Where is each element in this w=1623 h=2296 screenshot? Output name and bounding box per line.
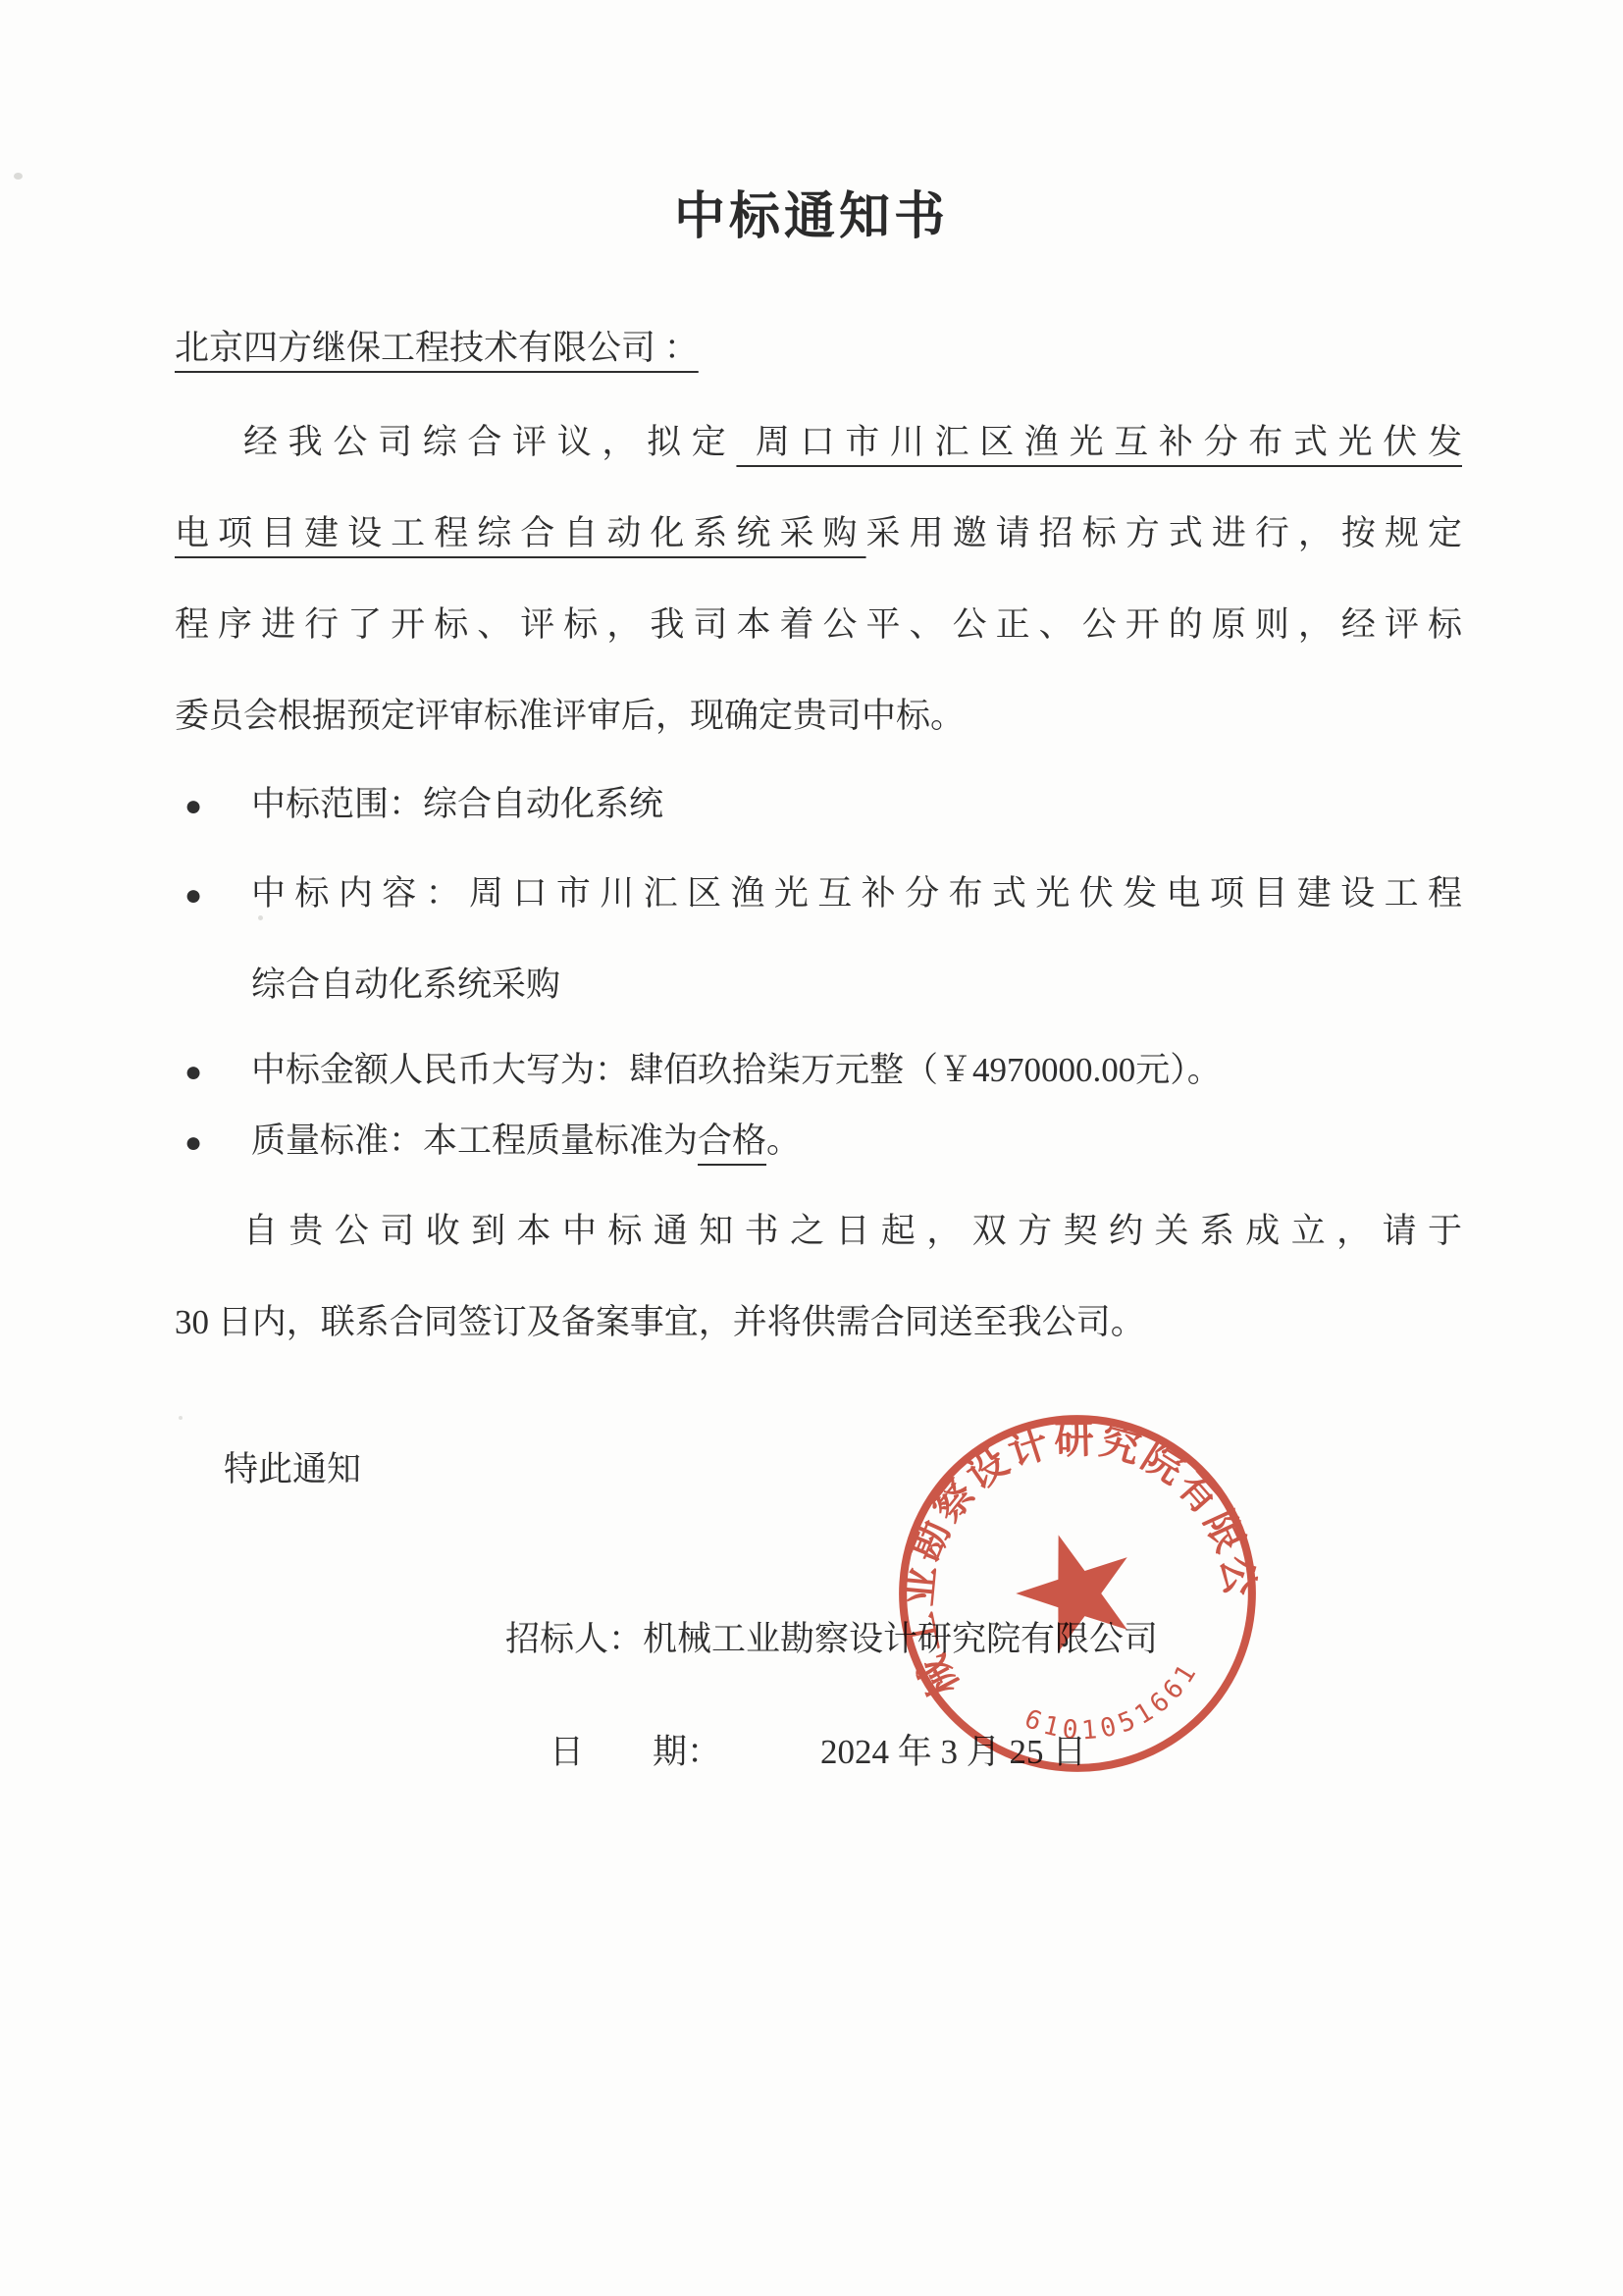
bullet-content-line2: 综合自动化系统采购 <box>175 963 1462 1054</box>
bullet-icon: ● <box>184 873 202 918</box>
date-label: 日 期： <box>550 1730 721 1775</box>
bidder-signature-line: 招标人：机械工业勘察设计研究院有限公司 <box>175 1617 1462 1708</box>
date-value: 2024 年 3 月 25 日 <box>820 1730 1086 1775</box>
paragraph1-line3: 程序进行了开标、评标，我司本着公平、公正、公开的原则，经评标 <box>175 602 1462 694</box>
page-title: 中标通知书 <box>0 175 1623 248</box>
paragraph2-line2: 30 日内，联系合同签订及备案事宜，并将供需合同送至我公司。 <box>175 1300 1462 1391</box>
bullet-quality-post: 。 <box>766 1122 801 1160</box>
bidder-name: 招标人：机械工业勘察设计研究院有限公司 <box>505 1617 1158 1662</box>
p1-l2-text: 采用邀请招标方式进行，按规定 <box>866 514 1462 552</box>
addressee-name: 北京四方继保工程技术有限公司 ： <box>175 329 724 367</box>
scan-speck <box>14 173 23 180</box>
paragraph2-line1: 自贵公司收到本中标通知书之日起，双方契约关系成立，请于 <box>175 1209 1462 1300</box>
bullet-icon: ● <box>184 1050 202 1095</box>
scan-speck <box>258 915 263 920</box>
p1-l2-underlined-project: 电项目建设工程综合自动化系统采购 <box>175 514 866 552</box>
award-notice-document: 中标通知书 北京四方继保工程技术有限公司 ： 经我公司综合评议，拟定 周口市川汇… <box>0 0 1623 2296</box>
p1-l1-text: 经我公司综合评议，拟定 <box>243 423 736 461</box>
bullet-icon: ● <box>184 1121 202 1166</box>
bullet-icon: ● <box>184 784 202 829</box>
bullet-content-line1: ● 中标内容：周口市川汇区渔光互补分布式光伏发电项目建设工程 <box>175 871 1462 963</box>
bullet-content-text1: 中标内容：周口市川汇区渔光互补分布式光伏发电项目建设工程 <box>251 874 1462 913</box>
paragraph1-line2: 电项目建设工程综合自动化系统采购采用邀请招标方式进行，按规定 <box>175 511 1462 602</box>
closing-text: 特此通知 <box>224 1447 361 1492</box>
date-line: 日 期： 2024 年 3 月 25 日 <box>175 1730 1462 1821</box>
scan-speck <box>179 1416 183 1420</box>
bullet-amount-text: 中标金额人民币大写为：肆佰玖拾柒万元整（￥4970000.00元）。 <box>251 1051 1222 1089</box>
bullet-quality: ● 质量标准：本工程质量标准为合格。 <box>175 1119 1462 1210</box>
addressee-line: 北京四方继保工程技术有限公司 ： <box>175 326 1462 417</box>
bullet-quality-pre: 质量标准：本工程质量标准为 <box>251 1122 698 1160</box>
p1-l1-underlined-project: 周口市川汇区渔光互补分布式光伏发 <box>736 423 1462 461</box>
paragraph1-line4: 委员会根据预定评审标准评审后，现确定贵司中标。 <box>175 694 1462 785</box>
closing-notice: 特此通知 <box>175 1447 1462 1539</box>
bullet-quality-underlined: 合格 <box>698 1122 766 1160</box>
bullet-scope-text: 中标范围：综合自动化系统 <box>251 785 663 823</box>
paragraph1-line1: 经我公司综合评议，拟定 周口市川汇区渔光互补分布式光伏发 <box>175 420 1462 511</box>
bullet-scope: ● 中标范围：综合自动化系统 <box>175 782 1462 873</box>
